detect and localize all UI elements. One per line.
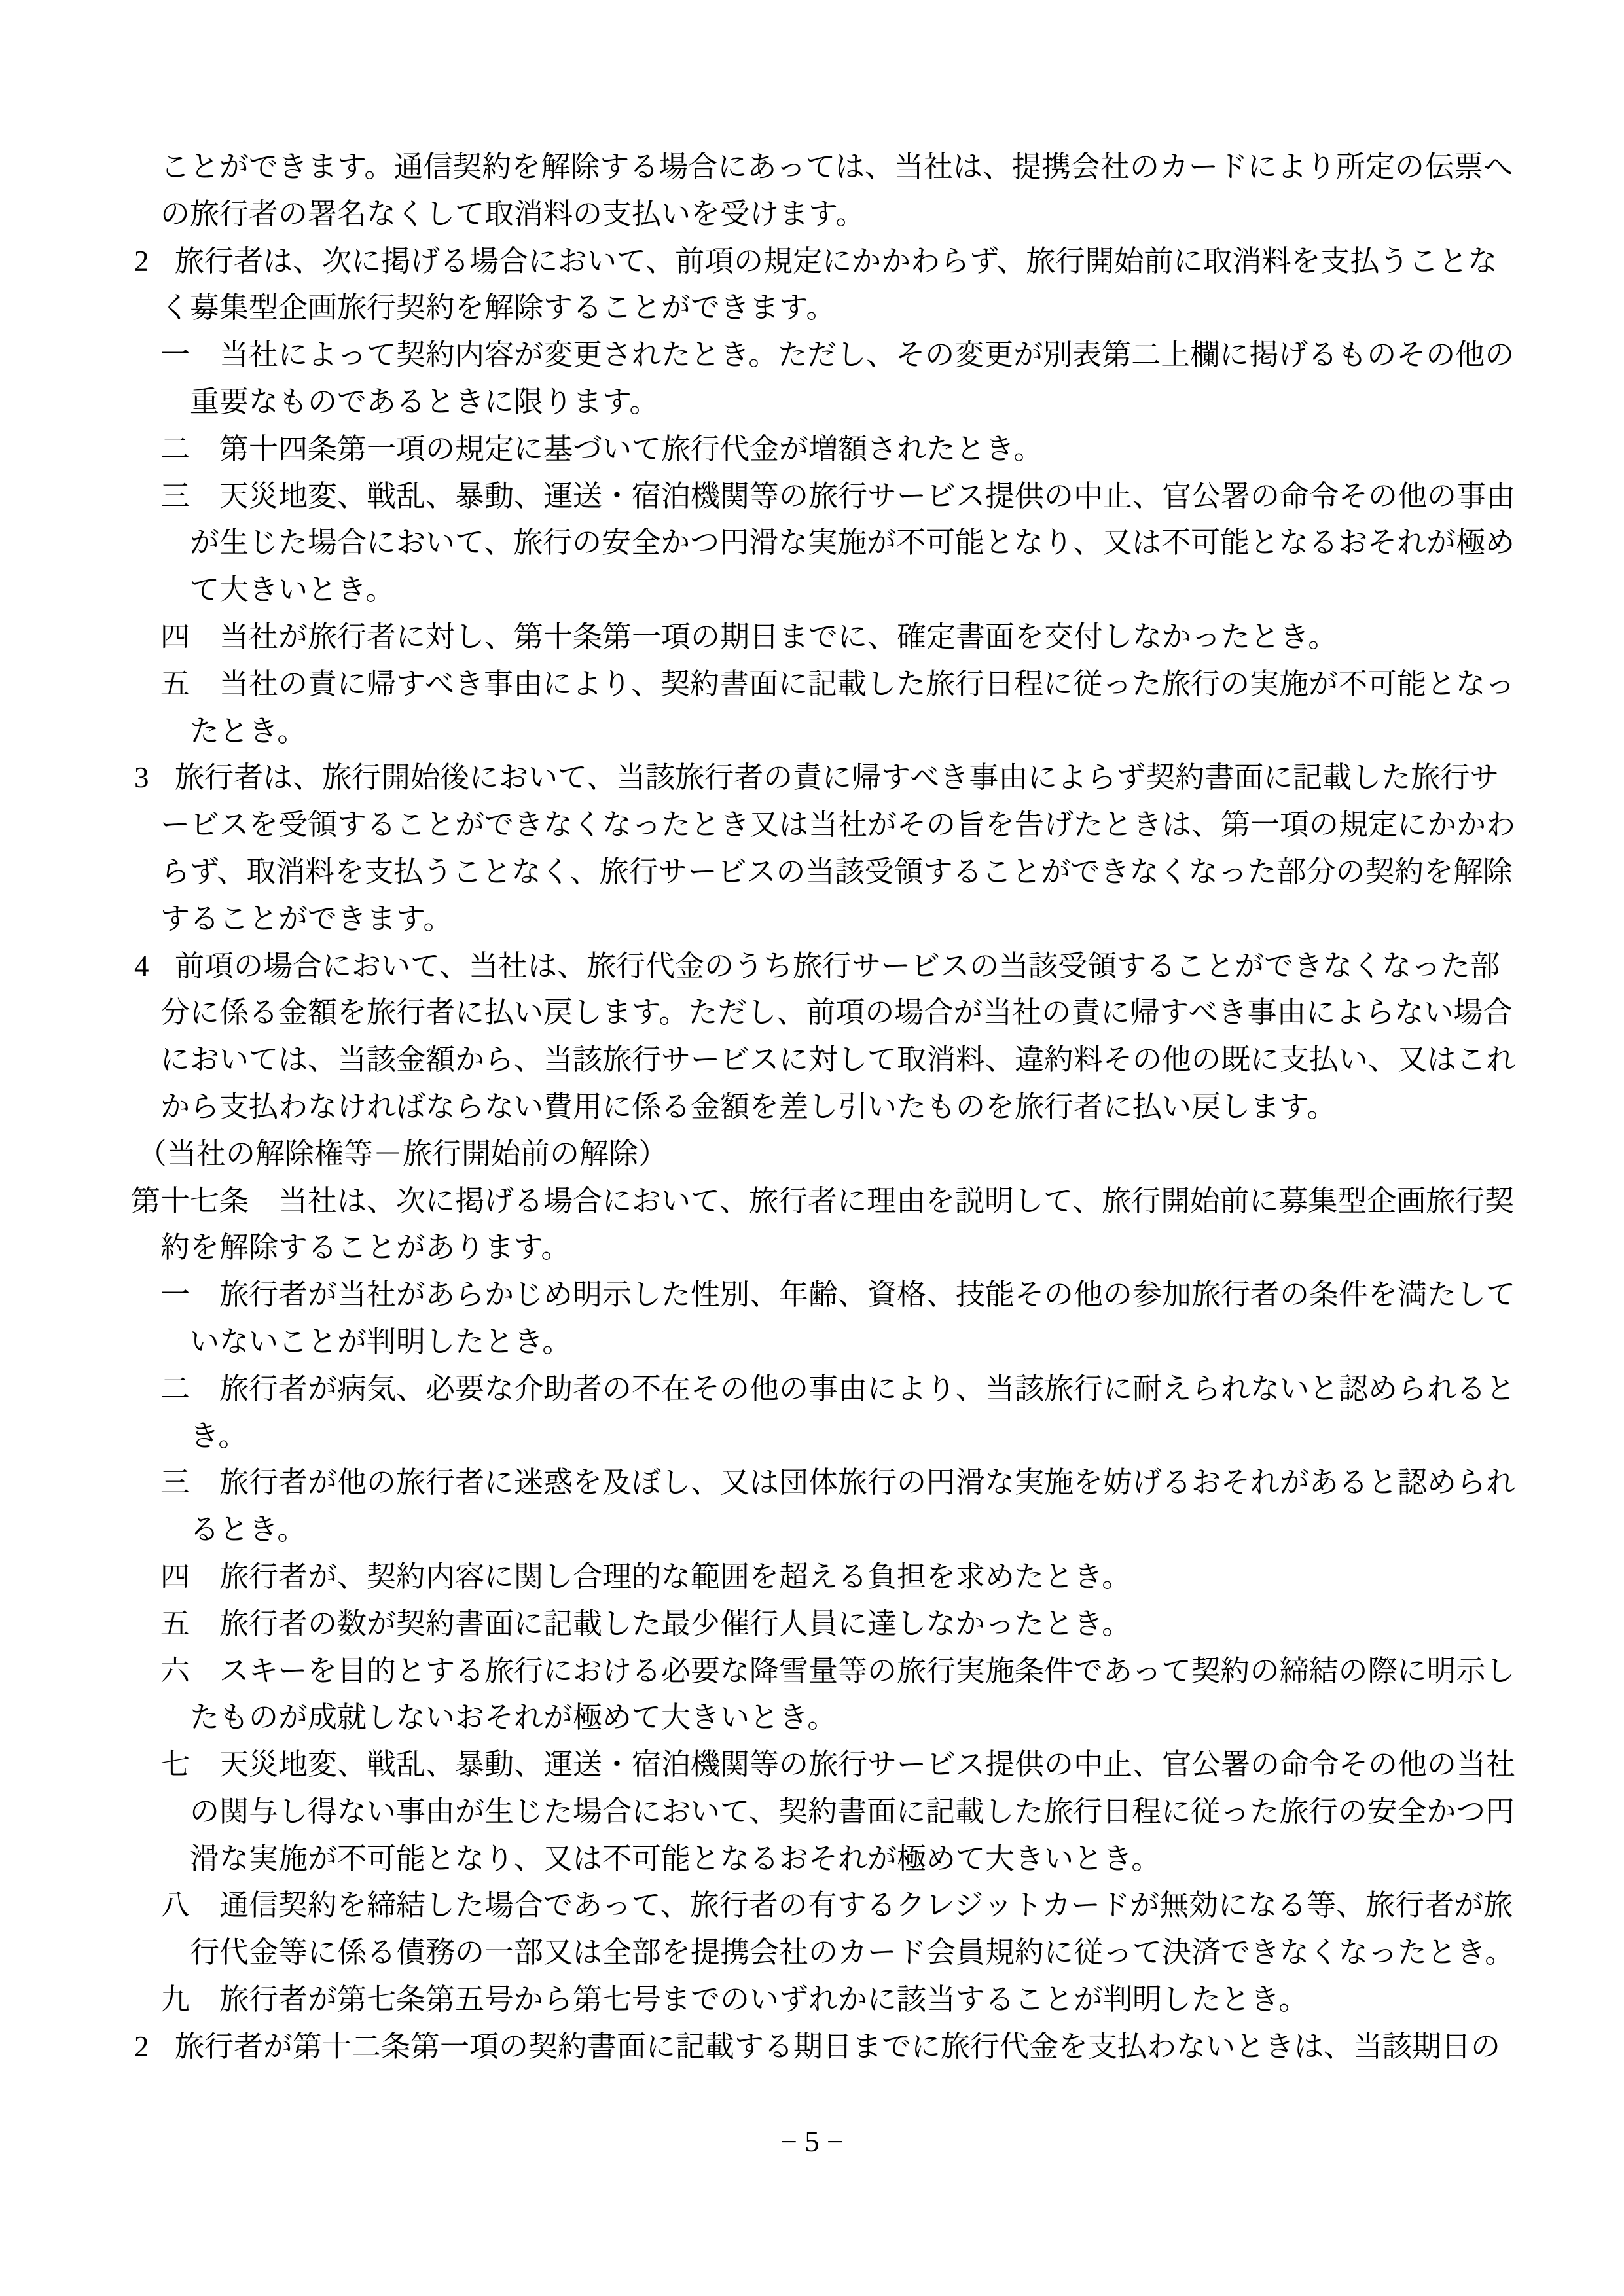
- item-number: 八: [160, 1882, 219, 1929]
- text-block: ことができます。通信契約を解除する場合にあっては、当社は、提携会社のカードにより…: [131, 144, 1545, 2071]
- text-line: 四当社が旅行者に対し、第十条第一項の期日までに、確定書面を交付しなかったとき。: [131, 614, 1545, 661]
- item-number: 二: [160, 1366, 219, 1413]
- line-text: るとき。: [190, 1513, 306, 1546]
- paragraph-number: 2: [131, 2024, 175, 2071]
- line-text: することができます。: [160, 903, 452, 935]
- line-text: 通信契約を締結した場合であって、旅行者の有するクレジットカードが無効になる等、旅…: [219, 1889, 1513, 1922]
- text-line: 七天災地変、戦乱、暴動、運送・宿泊機関等の旅行サービス提供の中止、官公署の命令そ…: [131, 1742, 1545, 1789]
- paragraph-number: 3: [131, 755, 175, 802]
- paragraph-number: 4: [131, 943, 175, 990]
- line-text: の関与し得ない事由が生じた場合において、契約書面に記載した旅行日程に従った旅行の…: [190, 1795, 1515, 1828]
- text-line: たものが成就しないおそれが極めて大きいとき。: [131, 1695, 1545, 1742]
- line-text: 滑な実施が不可能となり、又は不可能となるおそれが極めて大きいとき。: [190, 1842, 1161, 1875]
- item-number: 一: [160, 1272, 219, 1319]
- text-line: （当社の解除権等－旅行開始前の解除）: [131, 1131, 1545, 1178]
- text-line: 分に係る金額を旅行者に払い戻します。ただし、前項の場合が当社の責に帰すべき事由に…: [131, 990, 1545, 1037]
- line-text: 旅行者が、契約内容に関し合理的な範囲を超える負担を求めたとき。: [219, 1560, 1131, 1593]
- text-line: 一旅行者が当社があらかじめ明示した性別、年齢、資格、技能その他の参加旅行者の条件…: [131, 1272, 1545, 1319]
- text-line: 行代金等に係る債務の一部又は全部を提携会社のカード会員規約に従って決済できなくな…: [131, 1929, 1545, 1977]
- line-text: （当社の解除権等－旅行開始前の解除）: [137, 1138, 668, 1170]
- line-text: 前項の場合において、当社は、旅行代金のうち旅行サービスの当該受領することができな…: [175, 950, 1500, 982]
- text-line: いないことが判明したとき。: [131, 1319, 1545, 1366]
- line-text: から支払わなければならない費用に係る金額を差し引いたものを旅行者に払い戻します。: [160, 1090, 1336, 1123]
- line-text: て大きいとき。: [190, 573, 395, 606]
- item-number: 五: [160, 661, 219, 708]
- text-line: の旅行者の署名なくして取消料の支払いを受けます。: [131, 191, 1545, 238]
- line-text: 旅行者の数が契約書面に記載した最少催行人員に達しなかったとき。: [219, 1607, 1131, 1640]
- text-line: 九旅行者が第七条第五号から第七号までのいずれかに該当することが判明したとき。: [131, 1977, 1545, 2024]
- text-line: るとき。: [131, 1507, 1545, 1554]
- paragraph-number: 2: [131, 238, 175, 285]
- line-text: 当社が旅行者に対し、第十条第一項の期日までに、確定書面を交付しなかったとき。: [219, 620, 1337, 653]
- line-text: 当社によって契約内容が変更されたとき。ただし、その変更が別表第二上欄に掲げるもの…: [219, 338, 1514, 371]
- line-text: 旅行者が当社があらかじめ明示した性別、年齢、資格、技能その他の参加旅行者の条件を…: [219, 1278, 1515, 1311]
- text-line: 六スキーを目的とする旅行における必要な降雪量等の旅行実施条件であって契約の締結の…: [131, 1648, 1545, 1695]
- text-line: 三旅行者が他の旅行者に迷惑を及ぼし、又は団体旅行の円滑な実施を妨げるおそれがある…: [131, 1460, 1545, 1507]
- text-line: の関与し得ない事由が生じた場合において、契約書面に記載した旅行日程に従った旅行の…: [131, 1789, 1545, 1836]
- page-number: − 5 −: [0, 2119, 1624, 2166]
- article-number: 第十七条: [131, 1178, 278, 1225]
- item-number: 六: [160, 1648, 219, 1695]
- line-text: 天災地変、戦乱、暴動、運送・宿泊機関等の旅行サービス提供の中止、官公署の命令その…: [219, 1748, 1515, 1781]
- item-number: 九: [160, 1977, 219, 2024]
- line-text: 分に係る金額を旅行者に払い戻します。ただし、前項の場合が当社の責に帰すべき事由に…: [160, 996, 1513, 1029]
- item-number: 七: [160, 1742, 219, 1789]
- text-line: することができます。: [131, 896, 1545, 943]
- text-line: 3旅行者は、旅行開始後において、当該旅行者の責に帰すべき事由によらず契約書面に記…: [131, 755, 1545, 802]
- line-text: 当社の責に帰すべき事由により、契約書面に記載した旅行日程に従った旅行の実施が不可…: [219, 668, 1515, 700]
- line-text: いないことが判明したとき。: [190, 1325, 571, 1358]
- text-line: らず、取消料を支払うことなく、旅行サービスの当該受領することができなくなった部分…: [131, 849, 1545, 896]
- text-line: 八通信契約を締結した場合であって、旅行者の有するクレジットカードが無効になる等、…: [131, 1882, 1545, 1929]
- text-line: 約を解除することがあります。: [131, 1225, 1545, 1272]
- line-text: においては、当該金額から、当該旅行サービスに対して取消料、違約料その他の既に支払…: [160, 1043, 1515, 1076]
- text-line: 二第十四条第一項の規定に基づいて旅行代金が増額されたとき。: [131, 426, 1545, 473]
- text-line: 二旅行者が病気、必要な介助者の不在その他の事由により、当該旅行に耐えられないと認…: [131, 1366, 1545, 1413]
- line-text: ービスを受領することができなくなったとき又は当社がその旨を告げたときは、第一項の…: [160, 808, 1515, 841]
- line-text: く募集型企画旅行契約を解除することができます。: [160, 291, 835, 324]
- text-line: 五当社の責に帰すべき事由により、契約書面に記載した旅行日程に従った旅行の実施が不…: [131, 661, 1545, 708]
- line-text: たものが成就しないおそれが極めて大きいとき。: [190, 1701, 837, 1734]
- line-text: の旅行者の署名なくして取消料の支払いを受けます。: [160, 198, 865, 230]
- line-text: らず、取消料を支払うことなく、旅行サービスの当該受領することができなくなった部分…: [160, 855, 1513, 888]
- line-text: たとき。: [190, 715, 306, 747]
- text-line: き。: [131, 1413, 1545, 1460]
- line-text: 旅行者は、旅行開始後において、当該旅行者の責に帰すべき事由によらず契約書面に記載…: [175, 761, 1499, 794]
- text-line: においては、当該金額から、当該旅行サービスに対して取消料、違約料その他の既に支払…: [131, 1037, 1545, 1084]
- line-text: が生じた場合において、旅行の安全かつ円滑な実施が不可能となり、又は不可能となるお…: [190, 526, 1515, 559]
- item-number: 四: [160, 1554, 219, 1601]
- document-page: ことができます。通信契約を解除する場合にあっては、当社は、提携会社のカードにより…: [0, 0, 1624, 2296]
- line-text: 行代金等に係る債務の一部又は全部を提携会社のカード会員規約に従って決済できなくな…: [190, 1936, 1514, 1969]
- line-text: き。: [190, 1420, 247, 1452]
- text-line: たとき。: [131, 708, 1545, 755]
- line-text: 当社は、次に掲げる場合において、旅行者に理由を説明して、旅行開始前に募集型企画旅…: [278, 1185, 1514, 1217]
- item-number: 二: [160, 426, 219, 473]
- line-text: 第十四条第一項の規定に基づいて旅行代金が増額されたとき。: [219, 433, 1043, 465]
- text-line: 第十七条当社は、次に掲げる場合において、旅行者に理由を説明して、旅行開始前に募集…: [131, 1178, 1545, 1225]
- text-line: 三天災地変、戦乱、暴動、運送・宿泊機関等の旅行サービス提供の中止、官公署の命令そ…: [131, 473, 1545, 520]
- line-text: 旅行者が第七条第五号から第七号までのいずれかに該当することが判明したとき。: [219, 1983, 1308, 2016]
- line-text: ことができます。通信契約を解除する場合にあっては、当社は、提携会社のカードにより…: [160, 151, 1513, 183]
- line-text: 天災地変、戦乱、暴動、運送・宿泊機関等の旅行サービス提供の中止、官公署の命令その…: [219, 480, 1515, 512]
- item-number: 四: [160, 614, 219, 661]
- item-number: 五: [160, 1601, 219, 1648]
- line-text: 重要なものであるときに限ります。: [190, 386, 659, 418]
- line-text: 旅行者が第十二条第一項の契約書面に記載する期日までに旅行代金を支払わないときは、…: [175, 2030, 1500, 2063]
- text-line: 2旅行者が第十二条第一項の契約書面に記載する期日までに旅行代金を支払わないときは…: [131, 2024, 1545, 2071]
- item-number: 三: [160, 473, 219, 520]
- text-line: が生じた場合において、旅行の安全かつ円滑な実施が不可能となり、又は不可能となるお…: [131, 520, 1545, 567]
- item-number: 一: [160, 332, 219, 379]
- text-line: て大きいとき。: [131, 567, 1545, 614]
- line-text: 旅行者が病気、必要な介助者の不在その他の事由により、当該旅行に耐えられないと認め…: [219, 1372, 1515, 1405]
- line-text: 旅行者は、次に掲げる場合において、前項の規定にかかわらず、旅行開始前に取消料を支…: [175, 245, 1498, 278]
- text-line: 重要なものであるときに限ります。: [131, 379, 1545, 426]
- line-text: 旅行者が他の旅行者に迷惑を及ぼし、又は団体旅行の円滑な実施を妨げるおそれがあると…: [219, 1466, 1515, 1499]
- text-line: ことができます。通信契約を解除する場合にあっては、当社は、提携会社のカードにより…: [131, 144, 1545, 191]
- text-line: ービスを受領することができなくなったとき又は当社がその旨を告げたときは、第一項の…: [131, 802, 1545, 849]
- line-text: 約を解除することがあります。: [160, 1231, 570, 1264]
- text-line: 五旅行者の数が契約書面に記載した最少催行人員に達しなかったとき。: [131, 1601, 1545, 1648]
- text-line: から支払わなければならない費用に係る金額を差し引いたものを旅行者に払い戻します。: [131, 1084, 1545, 1131]
- text-line: 四旅行者が、契約内容に関し合理的な範囲を超える負担を求めたとき。: [131, 1554, 1545, 1601]
- line-text: スキーを目的とする旅行における必要な降雪量等の旅行実施条件であって契約の締結の際…: [219, 1655, 1515, 1687]
- text-line: 滑な実施が不可能となり、又は不可能となるおそれが極めて大きいとき。: [131, 1836, 1545, 1883]
- text-line: 一当社によって契約内容が変更されたとき。ただし、その変更が別表第二上欄に掲げるも…: [131, 332, 1545, 379]
- text-line: 2旅行者は、次に掲げる場合において、前項の規定にかかわらず、旅行開始前に取消料を…: [131, 238, 1545, 285]
- text-line: く募集型企画旅行契約を解除することができます。: [131, 285, 1545, 332]
- item-number: 三: [160, 1460, 219, 1507]
- text-line: 4前項の場合において、当社は、旅行代金のうち旅行サービスの当該受領することができ…: [131, 943, 1545, 990]
